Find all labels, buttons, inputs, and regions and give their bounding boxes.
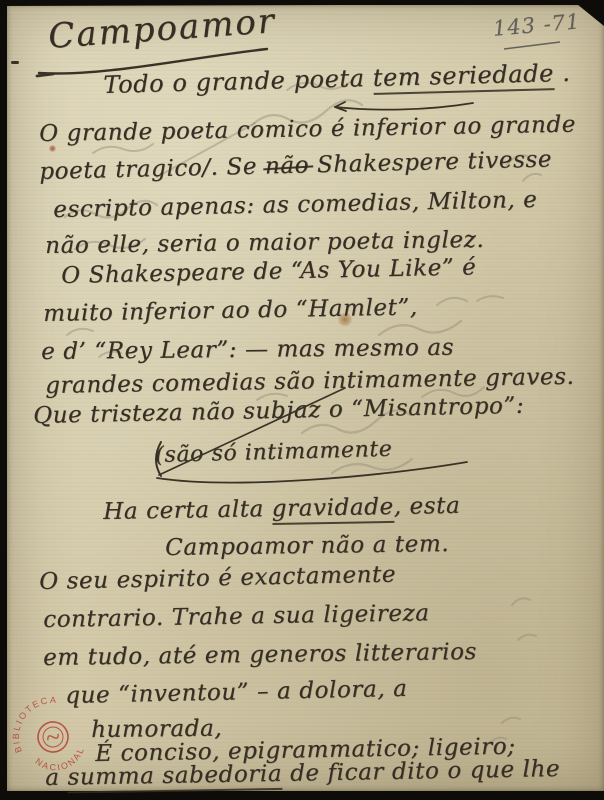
line-text: Ha certa alta bbox=[103, 496, 272, 525]
underlined-phrase: summa sabedoria bbox=[67, 761, 282, 794]
line-text: poeta tragico/. Se bbox=[39, 153, 265, 185]
line-text: e d’ “Rey Lear”: — mas mesmo as bbox=[41, 335, 454, 365]
manuscript-photo: 143 -71 Campoamor Todo o grande poeta te… bbox=[0, 0, 604, 800]
epigraph-post: . bbox=[554, 59, 571, 87]
struck-word: não bbox=[265, 152, 310, 179]
epigraph-underlined: tem seriedade bbox=[372, 59, 554, 95]
handwritten-line: Campoamor não a tem. bbox=[165, 531, 449, 561]
line-text: Campoamor não a tem. bbox=[165, 531, 449, 561]
line-text: , esta bbox=[393, 493, 460, 520]
underlined-word: gravidade bbox=[272, 494, 394, 525]
line-text: de ficar dito o que lhe bbox=[282, 756, 560, 787]
paper-sheet: 143 -71 Campoamor Todo o grande poeta te… bbox=[7, 5, 604, 791]
archival-underline bbox=[502, 41, 572, 51]
handwritten-line: e d’ “Rey Lear”: — mas mesmo as bbox=[41, 335, 454, 365]
insertion-marks bbox=[145, 380, 475, 490]
